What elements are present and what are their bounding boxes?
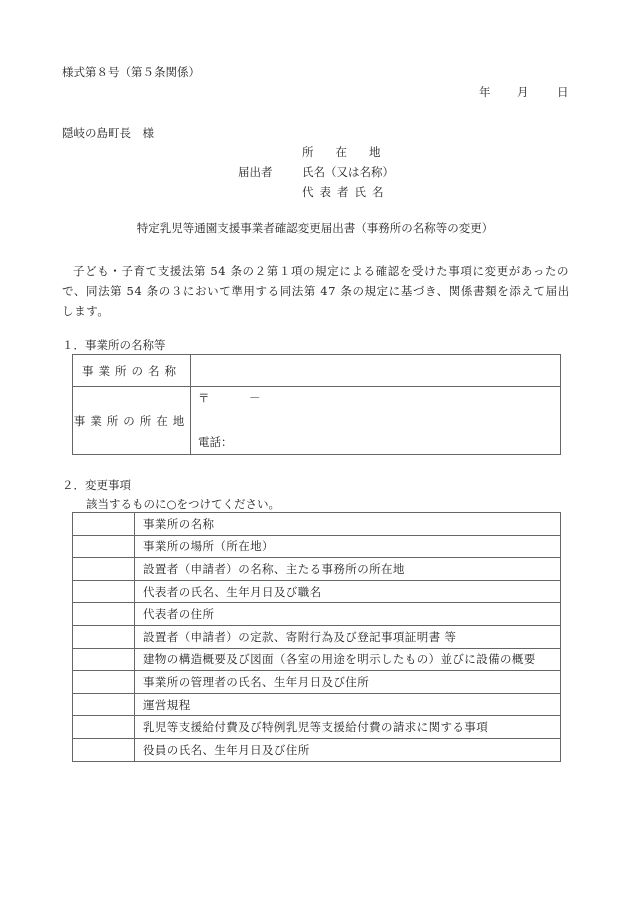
table-row: 事業所の場所（所在地） [73,535,561,558]
table-row: 事業所の管理者の氏名、生年月日及び住所 [73,671,561,694]
table-row: 設置者（申請者）の定款、寄附行為及び登記事項証明書 等 [73,625,561,648]
change-item: 代表者の氏名、生年月日及び職名 [135,580,561,603]
date-line: 年 月 日 [479,84,569,100]
document-title: 特定乳児等通園支援事業者確認変更届出書（事務所の名称等の変更） [0,220,630,236]
date-month-label: 月 [517,84,557,100]
table-row: 役員の氏名、生年月日及び住所 [73,738,561,761]
check-cell[interactable] [73,603,135,626]
applicant-field-address: 所在地 [302,144,403,160]
change-item: 設置者（申請者）の名称、主たる事務所の所在地 [135,558,561,581]
check-cell[interactable] [73,716,135,739]
check-cell[interactable] [73,648,135,671]
check-cell[interactable] [73,513,135,536]
office-name-field[interactable] [191,355,561,387]
form-number: 様式第８号（第５条関係） [62,64,200,80]
addressee: 隠岐の島町長 様 [62,125,154,141]
date-year-label: 年 [479,84,517,100]
tel-label: 電話： [198,434,233,450]
change-item: 設置者（申請者）の定款、寄附行為及び登記事項証明書 等 [135,625,561,648]
table-row: 代表者の氏名、生年月日及び職名 [73,580,561,603]
postal-dash: － [249,390,261,406]
office-address-label: 事業所の所在地 [73,387,191,455]
applicant-label: 届出者 [238,164,273,180]
table-row: 乳児等支援給付費及び特例乳児等支援給付費の請求に関する事項 [73,716,561,739]
change-item: 事業所の管理者の氏名、生年月日及び住所 [135,671,561,694]
check-cell[interactable] [73,580,135,603]
applicant-field-name: 氏名（又は名称） [302,164,394,180]
change-item: 代表者の住所 [135,603,561,626]
table-row: 事業所の名称 [73,355,561,387]
table-row: 事業所の名称 [73,513,561,536]
applicant-field-representative: 代表者氏名 [302,184,390,200]
change-item: 乳児等支援給付費及び特例乳児等支援給付費の請求に関する事項 [135,716,561,739]
table-row: 運営規程 [73,693,561,716]
change-item: 建物の構造概要及び図面（各室の用途を明示したもの）並びに設備の概要 [135,648,561,671]
check-cell[interactable] [73,738,135,761]
table-row: 代表者の住所 [73,603,561,626]
postal-mark: 〒 [198,390,210,406]
table-row: 設置者（申請者）の名称、主たる事務所の所在地 [73,558,561,581]
check-cell[interactable] [73,535,135,558]
section2-heading: ２．変更事項 [62,477,131,493]
change-item: 事業所の場所（所在地） [135,535,561,558]
office-name-label: 事業所の名称 [73,355,191,387]
check-cell[interactable] [73,625,135,648]
change-items-table: 事業所の名称 事業所の場所（所在地） 設置者（申請者）の名称、主たる事務所の所在… [72,512,561,762]
check-cell[interactable] [73,558,135,581]
office-address-field[interactable]: 〒 － 電話： [191,387,561,455]
date-day-label: 日 [557,84,569,100]
change-item: 役員の氏名、生年月日及び住所 [135,738,561,761]
check-cell[interactable] [73,693,135,716]
change-item: 運営規程 [135,693,561,716]
table-row: 建物の構造概要及び図面（各室の用途を明示したもの）並びに設備の概要 [73,648,561,671]
check-cell[interactable] [73,671,135,694]
body-paragraph: 子ども・子育て支援法第 54 条の２第１項の規定による確認を受けた事項に変更があ… [62,261,570,321]
office-info-table: 事業所の名称 事業所の所在地 〒 － 電話： [72,354,561,455]
section2-note: 該当するものに○をつけてください。 [86,496,280,512]
change-item: 事業所の名称 [135,513,561,536]
table-row: 事業所の所在地 〒 － 電話： [73,387,561,455]
section1-heading: １．事業所の名称等 [62,337,166,353]
